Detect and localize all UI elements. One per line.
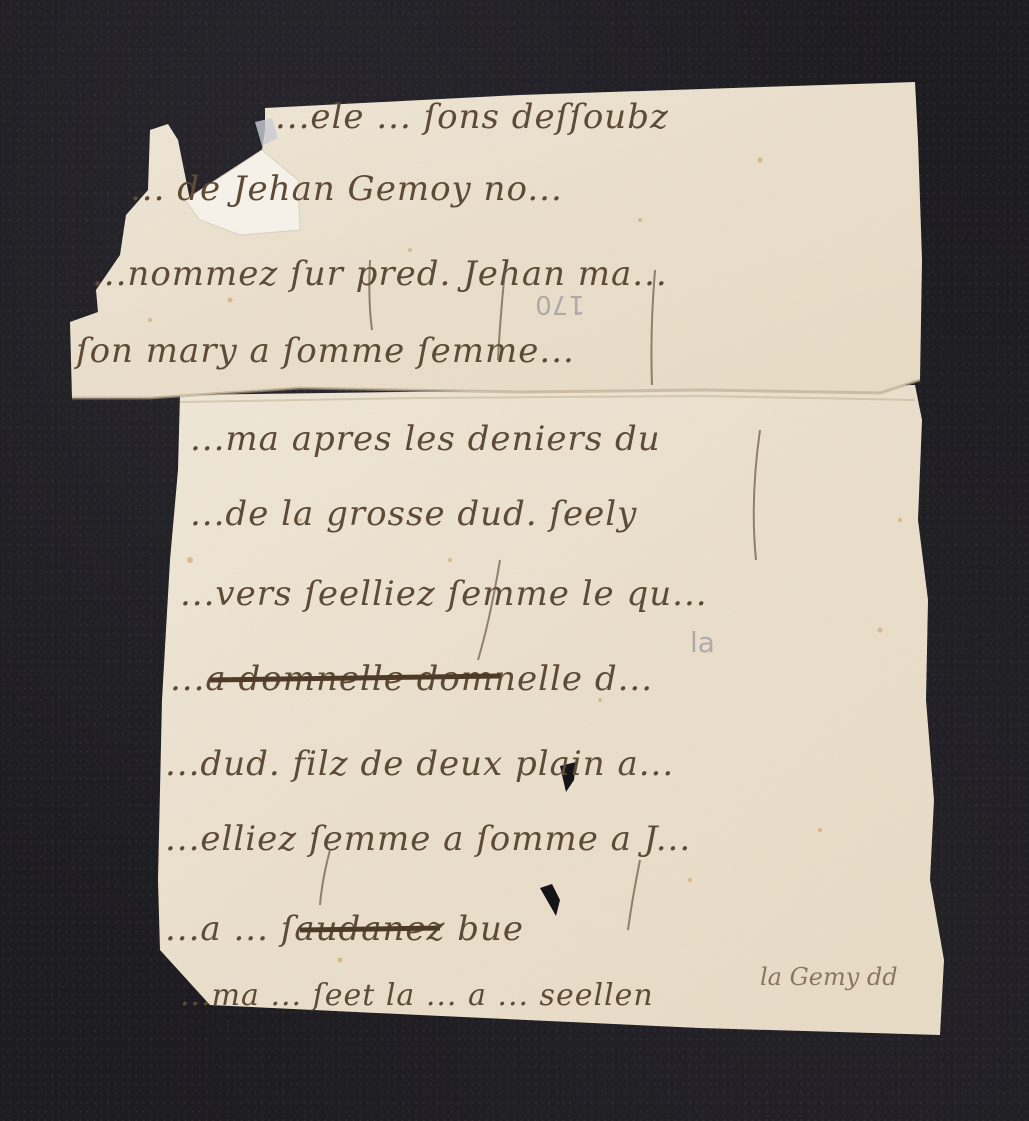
manuscript-line: ...de la grosse dud. ſeely (190, 494, 637, 534)
manuscript-line: ...ma ... ſeet la ... a ... seellen (180, 978, 654, 1013)
manuscript-line: ...elliez ſemme a ſomme a J... (165, 819, 691, 859)
interlinear-addition: la Gemy dd (760, 963, 898, 991)
manuscript-line: ...ele ... ſons deſſoubz (275, 97, 669, 137)
manuscript-line: ...nommez ſur pred. Jehan ma... (92, 254, 668, 294)
manuscript-fragment: ...ele ... ſons deſſoubz ... de Jehan Ge… (0, 0, 1029, 1121)
photo-stage: ...ele ... ſons deſſoubz ... de Jehan Ge… (0, 0, 1029, 1121)
manuscript-line: ... de Jehan Gemoy no... (130, 169, 563, 209)
manuscript-line: ...ma apres les deniers du (190, 419, 661, 459)
strikethrough-stroke (300, 928, 440, 930)
pencil-interlinear-note: la (690, 626, 715, 659)
manuscript-line: ...vers ſeelliez ſemme le qu... (180, 574, 708, 614)
manuscript-line: ...dud. filz de deux plain a... (165, 744, 674, 784)
pencil-shelfmark: 170 (535, 289, 585, 319)
